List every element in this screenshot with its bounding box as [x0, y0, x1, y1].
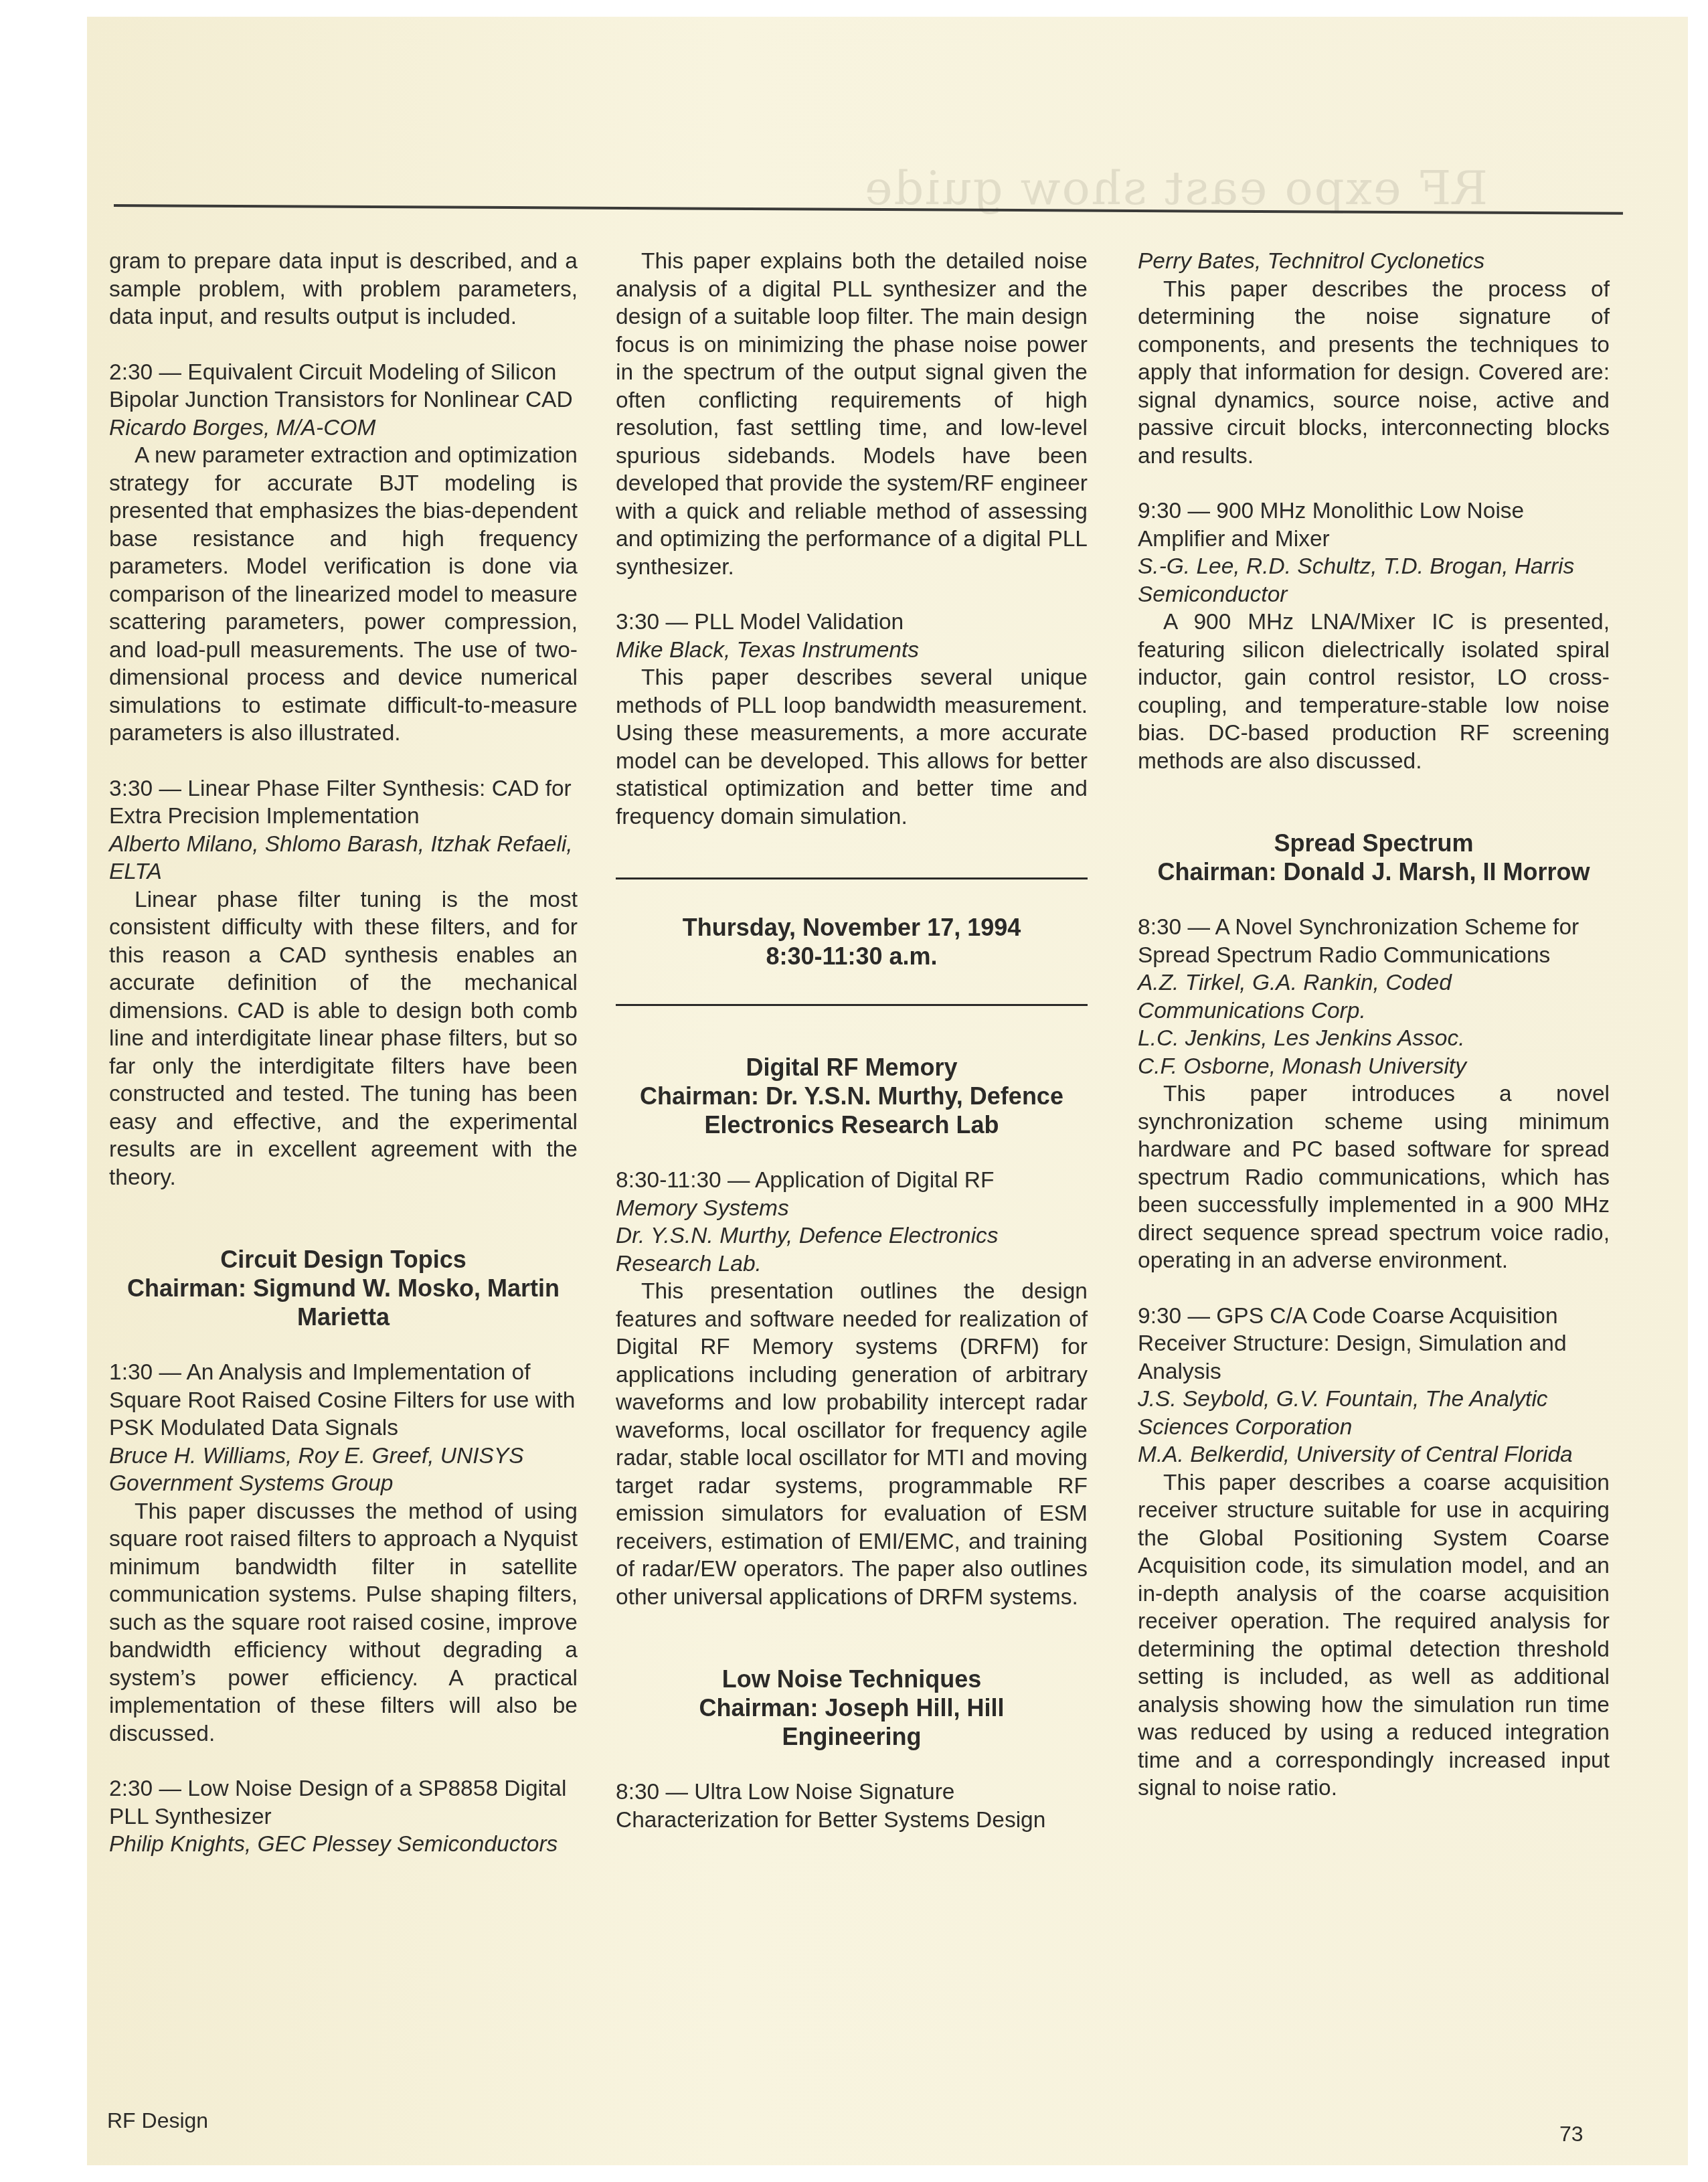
talk-abstract: A new parameter extraction and optimizat…	[109, 442, 578, 748]
talk-title: 8:30 — A Novel Synchronization Scheme fo…	[1138, 914, 1610, 969]
talk-abstract: A 900 MHz LNA/Mixer IC is presented, fea…	[1138, 608, 1610, 775]
session-heading: Spread Spectrum Chairman: Donald J. Mars…	[1138, 829, 1610, 886]
talk-authors: Bruce H. Williams, Roy E. Greef, UNISYS …	[109, 1442, 578, 1498]
column-1: gram to prepare data input is described,…	[109, 248, 578, 1859]
talk-authors: J.S. Seybold, G.V. Fountain, The Analyti…	[1138, 1386, 1610, 1441]
session-name: Spread Spectrum	[1138, 829, 1610, 857]
talk-title: 9:30 — 900 MHz Monolithic Low Noise Ampl…	[1138, 497, 1610, 553]
day-heading: Thursday, November 17, 1994 8:30-11:30 a…	[616, 913, 1088, 971]
talk-title: 3:30 — Linear Phase Filter Synthesis: CA…	[109, 775, 578, 831]
talk-title: 2:30 — Low Noise Design of a SP8858 Digi…	[109, 1775, 578, 1831]
session-name: Circuit Design Topics	[109, 1245, 578, 1274]
talk-authors: S.-G. Lee, R.D. Schultz, T.D. Brogan, Ha…	[1138, 553, 1610, 608]
talk-abstract: This paper describes several unique meth…	[616, 664, 1088, 831]
talk-abstract: This presentation outlines the design fe…	[616, 1278, 1088, 1611]
talk-authors: C.F. Osborne, Monash University	[1138, 1053, 1610, 1081]
talk-authors: Dr. Y.S.N. Murthy, Defence Electronics R…	[616, 1222, 1088, 1278]
session-name: Digital RF Memory	[616, 1053, 1088, 1082]
session-chairman: Chairman: Dr. Y.S.N. Murthy, Defence Ele…	[616, 1082, 1088, 1139]
talk-abstract: Linear phase filter tuning is the most c…	[109, 886, 578, 1192]
talk-entry: 8:30-11:30 — Application of Digital RF M…	[616, 1167, 1088, 1611]
continued-abstract: gram to prepare data input is described,…	[109, 248, 578, 331]
talk-abstract: This paper introduces a novel synchroniz…	[1138, 1080, 1610, 1275]
talk-entry: 9:30 — 900 MHz Monolithic Low Noise Ampl…	[1138, 497, 1610, 775]
talk-authors: Mike Black, Texas Instruments	[616, 637, 1088, 665]
talk-title: 2:30 — Equivalent Circuit Modeling of Si…	[109, 359, 578, 414]
session-name: Low Noise Techniques	[616, 1665, 1088, 1693]
session-chairman: Chairman: Sigmund W. Mosko, Martin Marie…	[109, 1274, 578, 1331]
talk-title: 1:30 — An Analysis and Implementation of…	[109, 1359, 578, 1442]
talk-authors: Ricardo Borges, M/A-COM	[109, 414, 578, 442]
talk-entry: 8:30 — Ultra Low Noise Signature Charact…	[616, 1778, 1088, 1834]
talk-authors: L.C. Jenkins, Les Jenkins Assoc.	[1138, 1025, 1610, 1053]
talk-authors: A.Z. Tirkel, G.A. Rankin, Coded Communic…	[1138, 969, 1610, 1025]
talk-entry: 2:30 — Low Noise Design of a SP8858 Digi…	[109, 1775, 578, 1859]
talk-abstract: This paper discusses the method of using…	[109, 1498, 578, 1748]
talk-title: 8:30 — Ultra Low Noise Signature Charact…	[616, 1778, 1088, 1834]
talk-title: 8:30-11:30 — Application of Digital RF	[616, 1167, 1088, 1195]
day-date: Thursday, November 17, 1994	[616, 913, 1088, 942]
talk-title-continued: Memory Systems	[616, 1195, 1088, 1223]
session-chairman: Chairman: Joseph Hill, Hill Engineering	[616, 1693, 1088, 1751]
talk-entry: 8:30 — A Novel Synchronization Scheme fo…	[1138, 914, 1610, 1275]
talk-authors: Perry Bates, Technitrol Cyclonetics	[1138, 248, 1610, 276]
session-heading: Circuit Design Topics Chairman: Sigmund …	[109, 1245, 578, 1331]
talk-title: 3:30 — PLL Model Validation	[616, 608, 1088, 637]
talk-entry: 1:30 — An Analysis and Implementation of…	[109, 1359, 578, 1748]
day-time: 8:30-11:30 a.m.	[616, 942, 1088, 971]
talk-abstract: This paper describes the process of dete…	[1138, 276, 1610, 471]
talk-abstract: This paper describes a coarse acquisitio…	[1138, 1469, 1610, 1802]
talk-entry: 3:30 — Linear Phase Filter Synthesis: CA…	[109, 775, 578, 1192]
session-heading: Digital RF Memory Chairman: Dr. Y.S.N. M…	[616, 1053, 1088, 1139]
session-chairman: Chairman: Donald J. Marsh, II Morrow	[1138, 857, 1610, 886]
show-through-header: RF expo east show guide	[863, 161, 1488, 216]
publication-name: RF Design	[107, 2108, 208, 2133]
column-2: This paper explains both the detailed no…	[616, 248, 1088, 1834]
session-heading: Low Noise Techniques Chairman: Joseph Hi…	[616, 1665, 1088, 1751]
page-number: 73	[1559, 2122, 1584, 2147]
talk-authors: Philip Knights, GEC Plessey Semiconducto…	[109, 1831, 578, 1859]
talk-authors: M.A. Belkerdid, University of Central Fl…	[1138, 1441, 1610, 1469]
continued-abstract: This paper explains both the detailed no…	[616, 248, 1088, 581]
talk-title: 9:30 — GPS C/A Code Coarse Acquisition R…	[1138, 1303, 1610, 1386]
column-3: Perry Bates, Technitrol Cyclonetics This…	[1138, 248, 1610, 1802]
talk-authors: Alberto Milano, Shlomo Barash, Itzhak Re…	[109, 831, 578, 886]
talk-entry: 2:30 — Equivalent Circuit Modeling of Si…	[109, 359, 578, 748]
talk-entry: 9:30 — GPS C/A Code Coarse Acquisition R…	[1138, 1303, 1610, 1802]
talk-entry: 3:30 — PLL Model Validation Mike Black, …	[616, 608, 1088, 831]
